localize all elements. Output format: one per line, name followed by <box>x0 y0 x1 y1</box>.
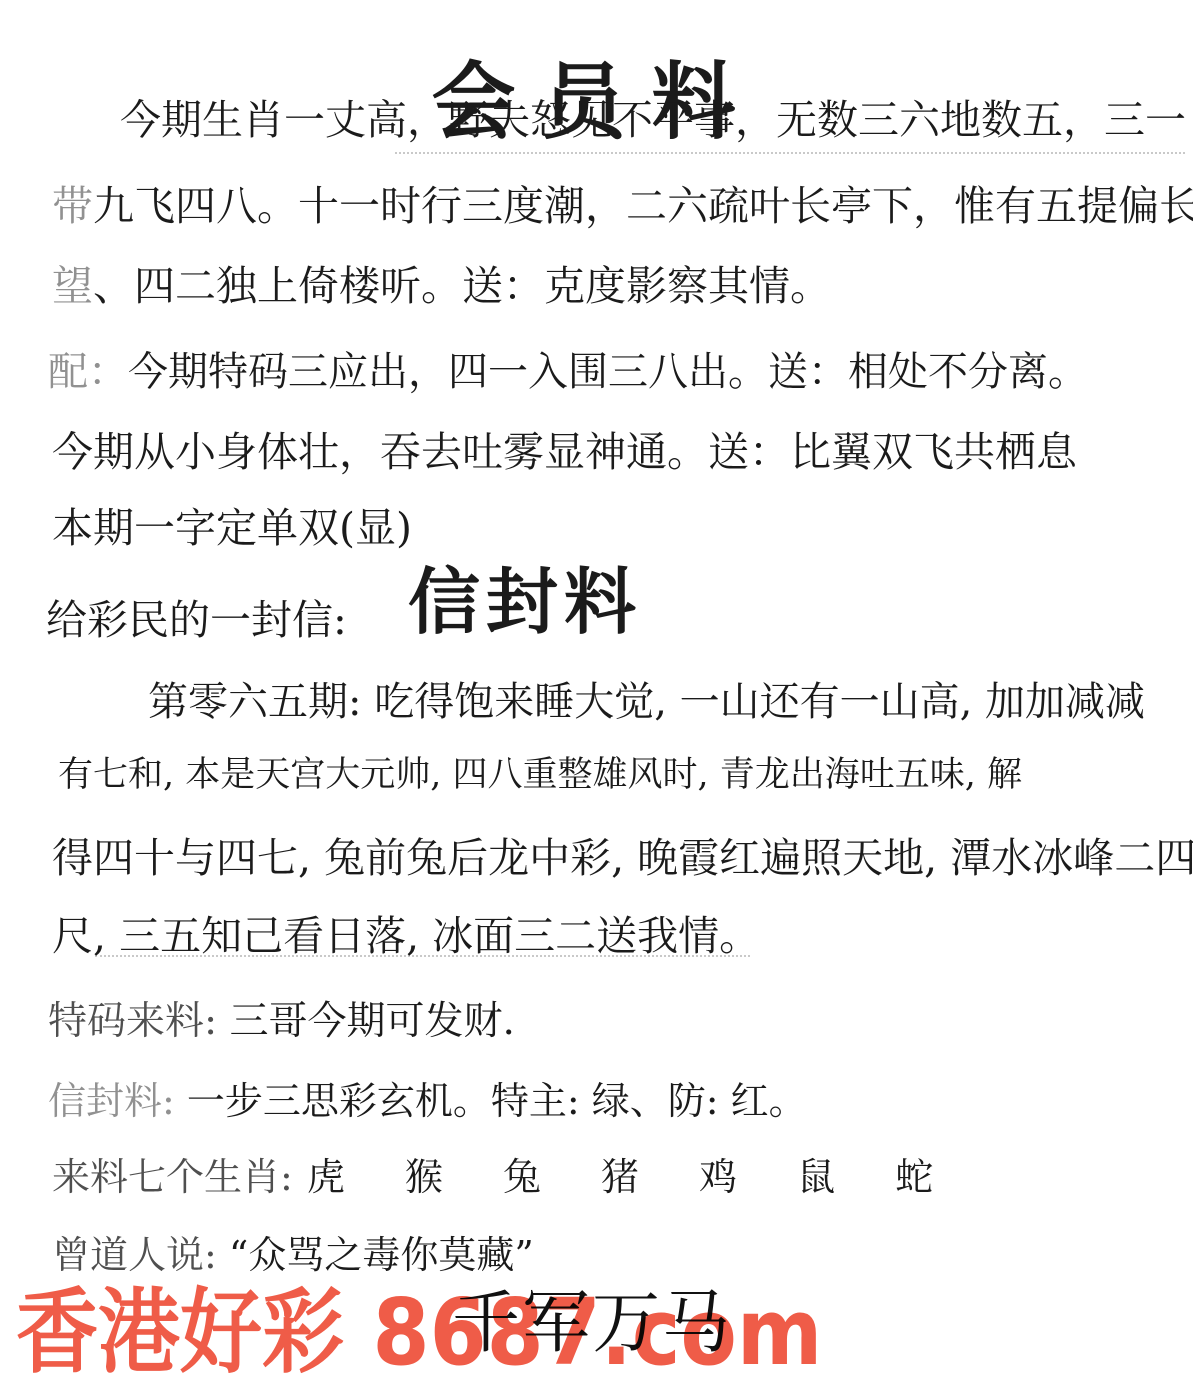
tip-label: 来料七个生肖: <box>52 1155 293 1199</box>
tip-text: 一步三思彩玄机。特主: 绿、防: 红。 <box>175 1079 807 1123</box>
tip-line-zodiac: 来料七个生肖:虎 猴 兔 猪 鸡 鼠 蛇 <box>52 1158 957 1196</box>
tip-line-envelope: 信封料: 一步三思彩玄机。特主: 绿、防: 红。 <box>48 1082 807 1120</box>
line-text: 今期生肖一丈高，野夫怒见不平事，无数三六地数五，三一 <box>120 96 1186 144</box>
envelope-poem-line: 第零六五期: 吃得饱来睡大觉, 一山还有一山高, 加加减减 <box>148 682 1145 722</box>
document-page: 会员料 今期生肖一丈高，野夫怒见不平事，无数三六地数五，三一 带九飞四八。十一时… <box>0 0 1193 1388</box>
tip-label: 信封料: <box>48 1079 175 1123</box>
member-poem-line: 望、四二独上倚楼听。送：克度影察其情。 <box>52 266 831 307</box>
line-prefix: 配： <box>48 349 128 395</box>
tip-label: 特码来料: <box>48 999 217 1044</box>
member-poem-line: 本期一字定单双(显) <box>52 508 412 549</box>
envelope-poem-line: 得四十与四七, 兔前兔后龙中彩, 晚霞红遍照天地, 潭水冰峰二四 <box>52 838 1193 879</box>
member-poem-line: 配：今期特码三应出，四一入围三八出。送：相处不分离。 <box>48 352 1088 392</box>
envelope-section-title: 信封料 <box>408 566 642 638</box>
tip-text: 三哥今期可发财. <box>217 999 515 1044</box>
zodiac-list: 虎 猴 兔 猪 鸡 鼠 蛇 <box>307 1155 957 1199</box>
letter-section-label: 给彩民的一封信: <box>46 600 347 641</box>
line-prefix: 望 <box>52 262 93 310</box>
line-text: 今期从小身体壮，吞去吐雾显神通。送：比翼双飞共栖息 <box>52 428 1077 476</box>
tip-line-special-code: 特码来料: 三哥今期可发财. <box>48 1002 515 1041</box>
member-poem-line: 今期生肖一丈高，野夫怒见不平事，无数三六地数五，三一 <box>120 100 1186 141</box>
line-prefix: 带 <box>52 182 93 230</box>
envelope-poem-line: 有七和, 本是天宫大元帅, 四八重整雄风时, 青龙出海吐五味, 解 <box>58 758 1022 793</box>
site-watermark: 香港好彩 8687.com <box>16 1288 822 1380</box>
tip-label: 曾道人说: <box>52 1233 217 1277</box>
line-text: 、四二独上倚楼听。送：克度影察其情。 <box>93 262 831 310</box>
member-poem-line: 今期从小身体壮，吞去吐雾显神通。送：比翼双飞共栖息 <box>52 432 1077 473</box>
envelope-poem-line: 尺, 三五知己看日落, 冰面三二送我情。 <box>52 916 760 957</box>
line-text: 九飞四八。十一时行三度潮，二六疏叶长亭下，惟有五提偏长 <box>93 182 1193 230</box>
line-text: 今期特码三应出，四一入围三八出。送：相处不分离。 <box>128 349 1088 395</box>
member-poem-line: 带九飞四八。十一时行三度潮，二六疏叶长亭下，惟有五提偏长 <box>52 186 1193 227</box>
scan-noise <box>395 152 1185 154</box>
line-text: 本期一字定单双(显) <box>52 504 412 552</box>
tip-text: “众骂之毒你莫藏” <box>217 1233 534 1277</box>
tip-line-quote: 曾道人说: “众骂之毒你莫藏” <box>52 1236 534 1274</box>
